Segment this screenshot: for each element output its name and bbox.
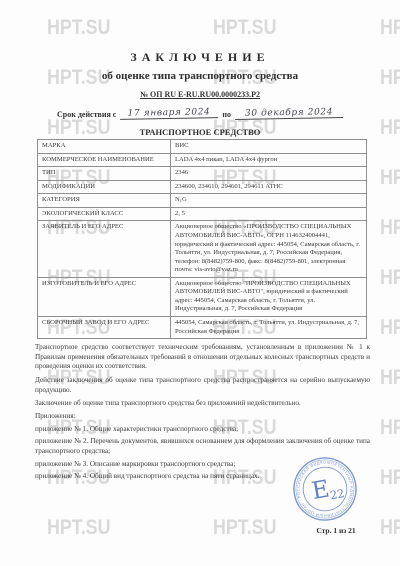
paragraph: Транспортное средство соответствует техн…	[35, 343, 370, 372]
table-row: ЗАЯВИТЕЛЬ И ЕГО АДРЕСАкционерное обществ…	[38, 221, 367, 277]
validity-to-label: по	[222, 110, 231, 119]
row-value: Акционерное общество «ПРОИЗВОДСТВО СПЕЦИ…	[171, 221, 367, 277]
validity-line: Срок действия с 17 января 2024 по 30 дек…	[0, 108, 400, 119]
table-row: КАТЕГОРИЯN₁G	[38, 194, 367, 208]
appendix-heading: Приложения:	[35, 412, 370, 422]
row-value: 2, 5	[171, 207, 367, 221]
validity-prefix: Срок действия с	[57, 110, 116, 119]
table-row: МОДИФИКАЦИИ234600, 234610, 294601, 29461…	[38, 180, 367, 194]
row-label: ИЗГОТОВИТЕЛЬ И ЕГО АДРЕС	[38, 277, 171, 316]
stamp-country-code: E	[310, 474, 332, 505]
row-value: 234600, 234610, 294601, 294611 АТНС	[171, 180, 367, 194]
row-value: 2346	[171, 167, 367, 181]
table-row: ЭКОЛОГИЧЕСКИЙ КЛАСС2, 5	[38, 207, 367, 221]
paragraphs-container: Транспортное средство соответствует техн…	[35, 343, 370, 409]
page-number: Стр. 1 из 21	[296, 526, 376, 535]
appendix-item: приложение № 2. Перечень документов, яви…	[35, 437, 370, 456]
vehicle-table-body: МАРКАВИСКОММЕРЧЕСКОЕ НАИМЕНОВАНИЕLADA 4x…	[38, 140, 367, 339]
row-label: МОДИФИКАЦИИ	[38, 180, 171, 194]
table-row: ИЗГОТОВИТЕЛЬ И ЕГО АДРЕСАкционерное обще…	[38, 277, 367, 316]
doc-subtitle: об оценке типа транспортного средства	[0, 70, 400, 82]
row-label: МАРКА	[38, 140, 171, 154]
table-row: МАРКАВИС	[38, 140, 367, 154]
vehicle-table: МАРКАВИСКОММЕРЧЕСКОЕ НАИМЕНОВАНИЕLADA 4x…	[37, 139, 367, 339]
row-value: Акционерное общество "ПРОИЗВОДСТВО СПЕЦИ…	[171, 277, 367, 316]
table-row: КОММЕРЧЕСКОЕ НАИМЕНОВАНИЕLADA 4x4 пикап,…	[38, 153, 367, 167]
row-label: КАТЕГОРИЯ	[38, 194, 171, 208]
stamp-country-number: 22	[329, 487, 345, 502]
paragraph: Заключение об оценке типа транспортного …	[35, 399, 370, 409]
row-label: ЗАЯВИТЕЛЬ И ЕГО АДРЕС	[38, 221, 171, 277]
paragraph: Действие заключения об оценке типа транс…	[35, 376, 370, 395]
document-page: HPT.SUHPT.SUHPT.SUHPT.SUHPT.SUHPT.SUHPT.…	[0, 0, 400, 566]
doc-title: ЗАКЛЮЧЕНИЕ	[0, 50, 400, 65]
doc-number: № ОП RU E-RU.RU00.0000233.Р2	[0, 90, 400, 99]
validity-to-value: 30 декабря 2024	[235, 107, 343, 120]
document-header: ЗАКЛЮЧЕНИЕ об оценке типа транспортного …	[0, 50, 400, 137]
section-title-vehicle: ТРАНСПОРТНОЕ СРЕДСТВО	[0, 127, 400, 137]
approval-stamp-e22: КОМПЕТЕНТНЫЙ АДМИНИСТРАТИВНЫЙ ОРГАН · РО…	[292, 456, 358, 522]
row-value: 445054, Самарская область, г. Тольятти, …	[171, 317, 367, 339]
row-value: ВИС	[171, 140, 367, 154]
table-row: СБОРОЧНЫЙ ЗАВОД И ЕГО АДРЕС445054, Самар…	[38, 317, 367, 339]
validity-from-value: 17 января 2024	[120, 107, 218, 120]
row-label: ТИП	[38, 167, 171, 181]
appendix-item: приложение № 1. Общие характеристики тра…	[35, 425, 370, 435]
row-value: N₁G	[171, 194, 367, 208]
stamp-icon: КОМПЕТЕНТНЫЙ АДМИНИСТРАТИВНЫЙ ОРГАН · РО…	[292, 456, 358, 522]
row-label: КОММЕРЧЕСКОЕ НАИМЕНОВАНИЕ	[38, 153, 171, 167]
table-row: ТИП2346	[38, 167, 367, 181]
row-label: ЭКОЛОГИЧЕСКИЙ КЛАСС	[38, 207, 171, 221]
row-label: СБОРОЧНЫЙ ЗАВОД И ЕГО АДРЕС	[38, 317, 171, 339]
row-value: LADA 4x4 пикап, LADA 4x4 фургон	[171, 153, 367, 167]
